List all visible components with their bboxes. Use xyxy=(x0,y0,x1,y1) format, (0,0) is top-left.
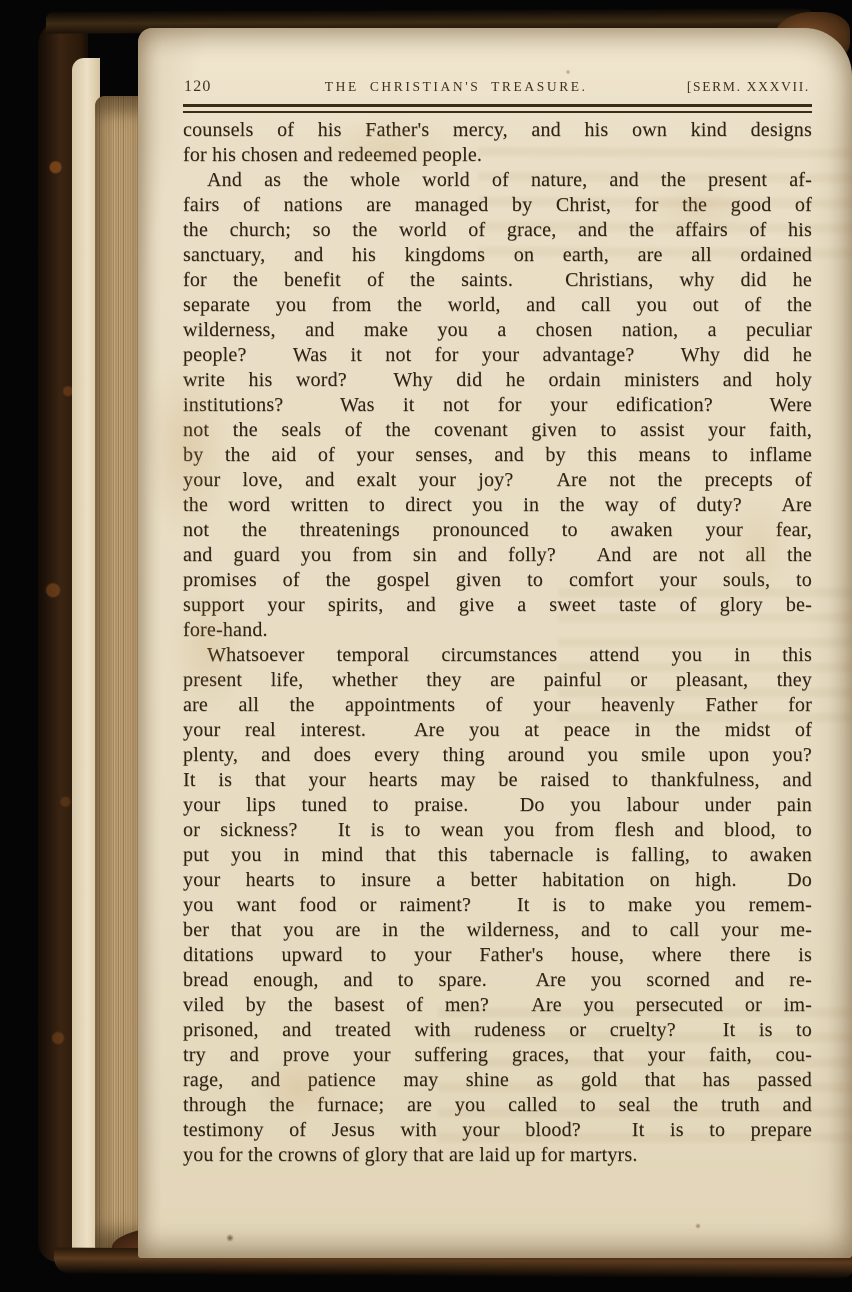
text-line: fore-hand. xyxy=(183,618,812,643)
sermon-section-label: [SERM. XXXVII. xyxy=(687,79,810,95)
text-line: by the aid of your senses, and by this m… xyxy=(183,443,812,468)
text-line: ditations upward to your Father's house,… xyxy=(183,943,812,968)
text-line: fairs of nations are managed by Christ, … xyxy=(183,193,812,218)
text-line: for his chosen and redeemed people. xyxy=(183,143,812,168)
text-line: It is that your hearts may be raised to … xyxy=(183,768,812,793)
text-line: separate you from the world, and call yo… xyxy=(183,293,812,318)
text-line: counsels of his Father's mercy, and his … xyxy=(183,118,812,143)
page-header: 120 THE CHRISTIAN'S TREASURE. [SERM. XXX… xyxy=(138,28,852,96)
text-line: your hearts to insure a better habitatio… xyxy=(183,868,812,893)
book-page: 120 THE CHRISTIAN'S TREASURE. [SERM. XXX… xyxy=(138,28,852,1258)
text-line: prisoned, and treated with rudeness or c… xyxy=(183,1018,812,1043)
paragraph: And as the whole world of nature, and th… xyxy=(183,168,812,643)
text-line: present life, whether they are painful o… xyxy=(183,668,812,693)
text-line: not the seals of the covenant given to a… xyxy=(183,418,812,443)
text-line: your lips tuned to praise. Do you labour… xyxy=(183,793,812,818)
text-line: you for the crowns of glory that are lai… xyxy=(183,1143,812,1168)
text-line: not the threatenings pronounced to awake… xyxy=(183,518,812,543)
text-line: put you in mind that this tabernacle is … xyxy=(183,843,812,868)
paragraph: counsels of his Father's mercy, and his … xyxy=(183,118,812,168)
text-line: people? Was it not for your advantage? W… xyxy=(183,343,812,368)
text-line: wilderness, and make you a chosen nation… xyxy=(183,318,812,343)
text-line: bread enough, and to spare. Are you scor… xyxy=(183,968,812,993)
text-line: ber that you are in the wilderness, and … xyxy=(183,918,812,943)
text-line: institutions? Was it not for your edific… xyxy=(183,393,812,418)
text-line: you want food or raiment? It is to make … xyxy=(183,893,812,918)
book-photo: 120 THE CHRISTIAN'S TREASURE. [SERM. XXX… xyxy=(0,0,852,1292)
text-line: viled by the basest of men? Are you pers… xyxy=(183,993,812,1018)
text-line: your love, and exalt your joy? Are not t… xyxy=(183,468,812,493)
text-line: promises of the gospel given to comfort … xyxy=(183,568,812,593)
text-line: and guard you from sin and folly? And ar… xyxy=(183,543,812,568)
paragraph: Whatsoever temporal circumstances attend… xyxy=(183,643,812,1168)
text-line: your real interest. Are you at peace in … xyxy=(183,718,812,743)
text-line: plenty, and does every thing around you … xyxy=(183,743,812,768)
text-line: are all the appointments of your heavenl… xyxy=(183,693,812,718)
text-line: rage, and patience may shine as gold tha… xyxy=(183,1068,812,1093)
body-text: counsels of his Father's mercy, and his … xyxy=(183,118,812,1168)
header-double-rule xyxy=(183,104,812,113)
text-line: for the benefit of the saints. Christian… xyxy=(183,268,812,293)
text-line: Whatsoever temporal circumstances attend… xyxy=(183,643,812,668)
page-number: 120 xyxy=(184,78,212,96)
text-line: or sickness? It is to wean you from fles… xyxy=(183,818,812,843)
text-line: testimony of Jesus with your blood? It i… xyxy=(183,1118,812,1143)
text-line: sanctuary, and his kingdoms on earth, ar… xyxy=(183,243,812,268)
text-line: support your spirits, and give a sweet t… xyxy=(183,593,812,618)
text-line: And as the whole world of nature, and th… xyxy=(183,168,812,193)
text-line: the word written to direct you in the wa… xyxy=(183,493,812,518)
text-line: write his word? Why did he ordain minist… xyxy=(183,368,812,393)
running-title: THE CHRISTIAN'S TREASURE. xyxy=(212,79,687,95)
text-line: try and prove your suffering graces, tha… xyxy=(183,1043,812,1068)
text-line: the church; so the world of grace, and t… xyxy=(183,218,812,243)
text-line: through the furnace; are you called to s… xyxy=(183,1093,812,1118)
